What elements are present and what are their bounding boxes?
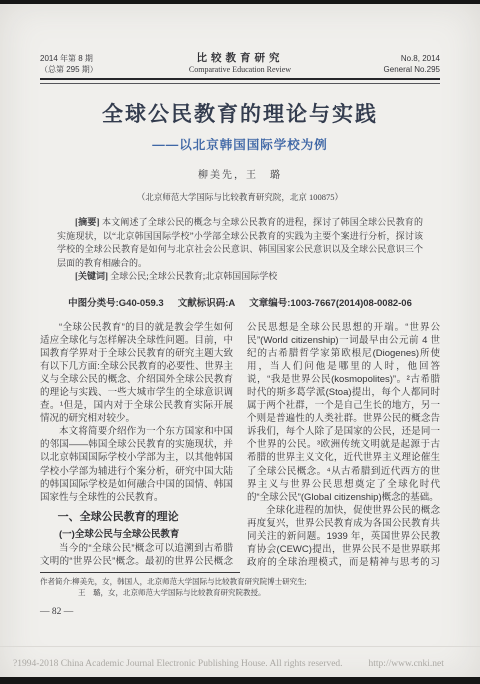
body-paragraph: 公民思想是全球公民思想的开端。“世界公民”(World citizenship)… <box>247 321 440 504</box>
issue-total-cn: （总第 295 期） <box>40 65 136 76</box>
keywords-label: [关键词] <box>75 271 110 281</box>
watermark-url: http://www.cnki.net <box>369 659 444 669</box>
keywords-line: [关键词] 全球公民;全球公民教育;北京韩国国际学校 <box>57 270 423 284</box>
left-column: “全球公民教育”的目的就是教会学生如何适应全球化与怎样解决全球性问题。目前，中国… <box>40 321 233 567</box>
header-journal-name: 比较教育研究 Comparative Education Review <box>136 53 344 75</box>
scan-page-edge <box>0 646 480 647</box>
header-issue-en: No.8, 2014 General No.295 <box>344 54 440 75</box>
right-column: 公民思想是全球公民思想的开端。“世界公民”(World citizenship)… <box>247 321 440 567</box>
header-issue-cn: 2014 年第 8 期 （总第 295 期） <box>40 54 136 75</box>
issue-number-cn: 2014 年第 8 期 <box>40 54 136 65</box>
article-title: 全球公民教育的理论与实践 <box>40 102 440 128</box>
classification-line: 中图分类号:G40-059.3文献标识码:A文章编号:1003-7667(201… <box>40 295 440 309</box>
scan-bottom-band <box>0 677 480 684</box>
abstract-text: 本文阐述了全球公民的概念与全球公民教育的进程，探讨了韩国全球公民教育的实施现状，… <box>57 217 423 268</box>
abstract-label: [摘要] <box>75 217 102 227</box>
keywords-text: 全球公民;全球公民教育;北京韩国国际学校 <box>110 271 277 281</box>
issue-total-en: General No.295 <box>344 65 440 76</box>
article-affiliation: （北京师范大学国际与比较教育研究院，北京 100875） <box>40 191 440 203</box>
watermark-copyright-text: ?1994-2018 China Academic Journal Electr… <box>13 659 343 669</box>
page-number: — 82 — <box>40 607 440 617</box>
body-columns: “全球公民教育”的目的就是教会学生如何适应全球化与怎样解决全球性问题。目前，中国… <box>40 321 440 567</box>
header-divider-rule <box>40 78 440 84</box>
abstract-paragraph: [摘要] 本文阐述了全球公民的概念与全球公民教育的进程，探讨了韩国全球公民教育的… <box>57 216 423 270</box>
body-paragraph: 全球化进程的加快，促使世界公民的概念再度复兴，世界公民教育成为各国公民教育共同关… <box>247 504 440 567</box>
clc-number: 中图分类号:G40-059.3 <box>68 298 164 309</box>
subsection-heading: (一)全球公民与全球公民教育 <box>40 528 233 541</box>
article-authors: 柳美先，王 璐 <box>40 166 440 181</box>
abstract-block: [摘要] 本文阐述了全球公民的概念与全球公民教育的进程，探讨了韩国全球公民教育的… <box>57 216 423 284</box>
body-paragraph: 当今的“全球公民”概念可以追溯到古希腊文明的“世界公民”概念。最初的世界公民概念… <box>40 542 233 567</box>
author-bio-line2: 王 璐，女，北京师范大学国际与比较教育研究院教授。 <box>40 587 440 598</box>
cnki-watermark: ?1994-2018 China Academic Journal Electr… <box>13 659 444 669</box>
author-bio-line1: 作者简介:柳美先，女，韩国人，北京师范大学国际与比较教育研究院博士研究生; <box>40 576 440 587</box>
body-paragraph: 本文将简要介绍作为一个东方国家和中国的邻国——韩国全球公民教育的实施现状，并以北… <box>40 425 233 504</box>
journal-header: 2014 年第 8 期 （总第 295 期） 比较教育研究 Comparativ… <box>40 0 440 75</box>
footnote-divider-rule <box>40 572 240 573</box>
author-bio-footnote: 作者简介:柳美先，女，韩国人，北京师范大学国际与比较教育研究院博士研究生; 王 … <box>40 576 440 598</box>
document-code: 文献标识码:A <box>178 298 236 309</box>
issue-number-en: No.8, 2014 <box>344 54 440 65</box>
page-content: 2014 年第 8 期 （总第 295 期） 比较教育研究 Comparativ… <box>0 0 480 617</box>
article-id: 文章编号:1003-7667(2014)08-0082-06 <box>249 298 412 309</box>
article-subtitle: ——以北京韩国国际学校为例 <box>40 135 440 153</box>
body-paragraph: “全球公民教育”的目的就是教会学生如何适应全球化与怎样解决全球性问题。目前，中国… <box>40 321 233 426</box>
section-heading: 一、全球公民教育的理论 <box>40 511 233 524</box>
journal-title-en: Comparative Education Review <box>136 65 344 76</box>
journal-page-scan: 2014 年第 8 期 （总第 295 期） 比较教育研究 Comparativ… <box>0 0 480 684</box>
journal-title-cn: 比较教育研究 <box>136 53 344 64</box>
